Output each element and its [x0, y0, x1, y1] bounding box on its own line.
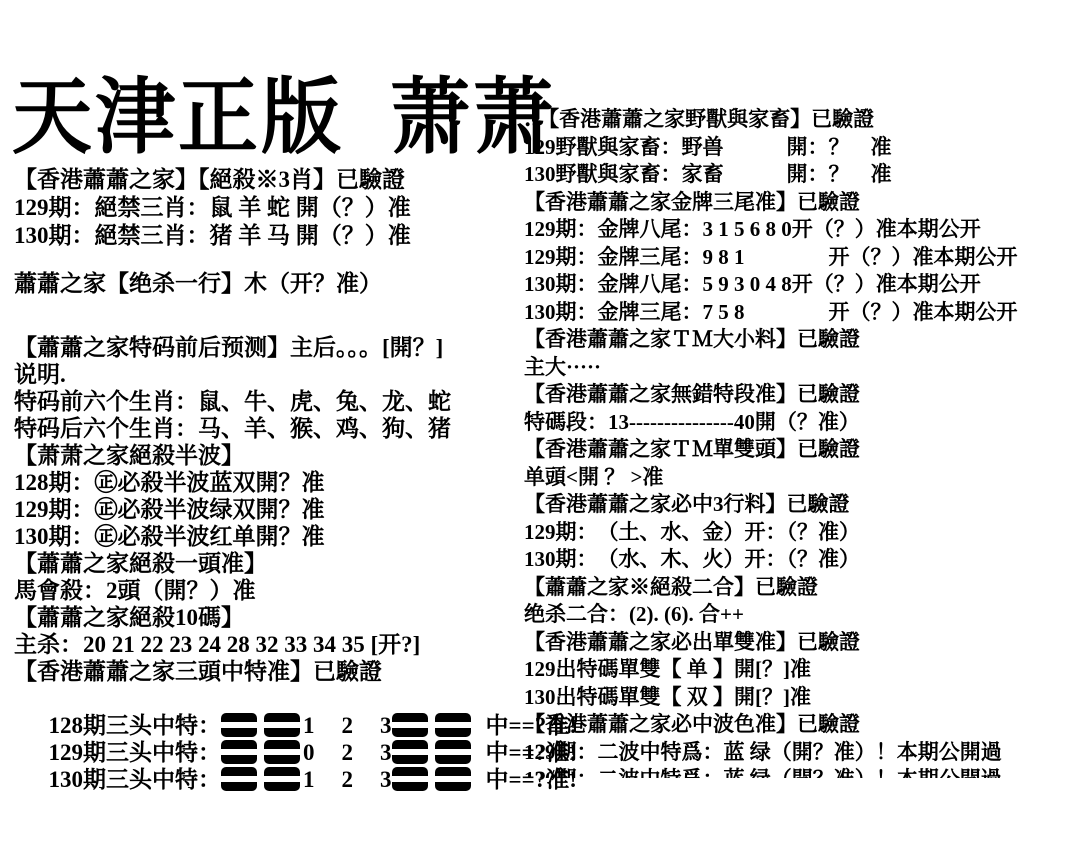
text-line: 129期：金牌八尾：3 1 5 6 8 0开（？）准本期公开 [524, 216, 1080, 244]
text-line: 【蕭蕭之家絕殺10碼】 [14, 604, 530, 631]
text-line: 130期：金牌八尾：5 9 3 0 4 8开（？）准本期公开 [524, 271, 1080, 299]
text-line: 绝杀二合：(2). (6). 合++ [524, 601, 1080, 629]
text-line: 主大····· [524, 354, 1080, 382]
text-line: 129期：㊣必殺半波绿双開？准 [14, 496, 530, 523]
santou-row: 128期三头中特：123中==?准! [14, 685, 530, 712]
text-line: 【香港蕭蕭之家金牌三尾准】已驗證 [524, 189, 1080, 217]
text-line: 【香港蕭蕭之家必中3行料】已驗證 [524, 491, 1080, 519]
page-title: 天津正版 萧萧 [12, 50, 556, 170]
santou-label: 130期三头中特： [49, 767, 222, 792]
text-line: 130野獸與家畜：家畜 開：？ 准 [524, 161, 1080, 189]
text-line: 129野獸與家畜：野兽 開：？ 准 [524, 134, 1080, 162]
text-line: 说明. [14, 361, 530, 388]
santou-num: 3 [380, 767, 392, 792]
left-column: 【香港蕭蕭之家】【絕殺※3肖】已驗證 129期：絕禁三肖：鼠 羊 蛇 開（？）准… [14, 166, 530, 766]
santou-num: 2 [342, 740, 354, 765]
scanned-document-page: 天津正版 萧萧 【香港蕭蕭之家】【絕殺※3肖】已驗證 129期：絕禁三肖：鼠 羊… [0, 0, 1080, 861]
redacted-bar-icon [221, 712, 300, 739]
right-column: ‥【香港蕭蕭之家野獸與家畜】已驗證 129野獸與家畜：野兽 開：？ 准 130野… [524, 106, 1080, 778]
redacted-bar-icon [392, 739, 471, 766]
text-line: 130期：㊣必殺半波红单開？准 [14, 523, 530, 550]
text-line: 蕭蕭之家【绝杀一行】木（开？准） [14, 270, 530, 298]
text-line: 【香港蕭蕭之家必出單雙准】已驗證 [524, 629, 1080, 657]
redacted-bar-icon [392, 712, 471, 739]
text-line: 【香港蕭蕭之家ＴＭ大小料】已驗證 [524, 326, 1080, 354]
text-line: 【蕭蕭之家絕殺一頭准】 [14, 550, 530, 577]
text-line: 【香港蕭蕭之家】【絕殺※3肖】已驗證 [14, 166, 530, 194]
santou-label: 129期三头中特： [49, 740, 222, 765]
blank-gap [14, 298, 530, 334]
text-line: 130期：絕禁三肖：猪 羊 马 開（？）准 [14, 222, 530, 250]
blank-gap [14, 250, 530, 270]
text-line: ‥【香港蕭蕭之家野獸與家畜】已驗證 [524, 106, 1080, 134]
santou-num: 3 [380, 740, 392, 765]
text-line: 单頭<開 ？ >准 [524, 464, 1080, 492]
text-line: 【香港蕭蕭之家必中波色准】已驗證 [524, 711, 1080, 739]
text-line: 130期：金牌三尾：7 5 8 开（？）准本期公开 [524, 299, 1080, 327]
text-line: 129出特碼單雙【 单 】開[？]准 [524, 656, 1080, 684]
santou-num: 1 [303, 713, 315, 738]
text-line: 馬會殺：2頭（開？）准 [14, 577, 530, 604]
text-line: 128期：㊣必殺半波蓝双開？准 [14, 469, 530, 496]
santou-num: 2 [342, 767, 354, 792]
text-line: 130出特碼單雙【 双 】開[？]准 [524, 684, 1080, 712]
text-line: 主杀：20 21 22 23 24 28 32 33 34 35 [开?] [14, 631, 530, 658]
santou-num: 3 [380, 713, 392, 738]
text-line: 129期：二波中特爲：蓝 绿（開？准）！本期公開過 [524, 739, 1080, 767]
text-line: 特码后六个生肖：马、羊、猴、鸡、狗、猪 [14, 415, 530, 442]
santou-label: 128期三头中特： [49, 713, 222, 738]
text-line: 【香港蕭蕭之家無錯特段准】已驗證 [524, 381, 1080, 409]
text-line: 【香港蕭蕭之家三頭中特准】已驗證 [14, 658, 530, 685]
text-line: 【蕭蕭之家特码前后预测】主后。。。[開？] [14, 334, 530, 361]
santou-num: 1 [303, 767, 315, 792]
redacted-bar-icon [221, 766, 300, 793]
santou-num: 0 [303, 740, 315, 765]
text-line: 特碼段：13---------------40開（？准） [524, 409, 1080, 437]
text-line: 129期：金牌三尾：9 8 1 开（？）准本期公开 [524, 244, 1080, 272]
redacted-bar-icon [392, 766, 471, 793]
redacted-bar-icon [221, 739, 300, 766]
text-line: 129期： （土、水、金）开：（？准） [524, 519, 1080, 547]
text-line: 129期：絕禁三肖：鼠 羊 蛇 開（？）准 [14, 194, 530, 222]
text-line: 特码前六个生肖：鼠、牛、虎、兔、龙、蛇 [14, 388, 530, 415]
santou-num: 2 [342, 713, 354, 738]
text-line: 130期： （水、木、火）开：（？准） [524, 546, 1080, 574]
text-line: 【蕭蕭之家※絕殺二合】已驗證 [524, 574, 1080, 602]
text-line: 【萧萧之家絕殺半波】 [14, 442, 530, 469]
text-line: 【香港蕭蕭之家ＴＭ單雙頭】已驗證 [524, 436, 1080, 464]
text-line: 130期：二波中特爲：蓝 绿（開？准）！本期公開過 [524, 766, 1080, 778]
